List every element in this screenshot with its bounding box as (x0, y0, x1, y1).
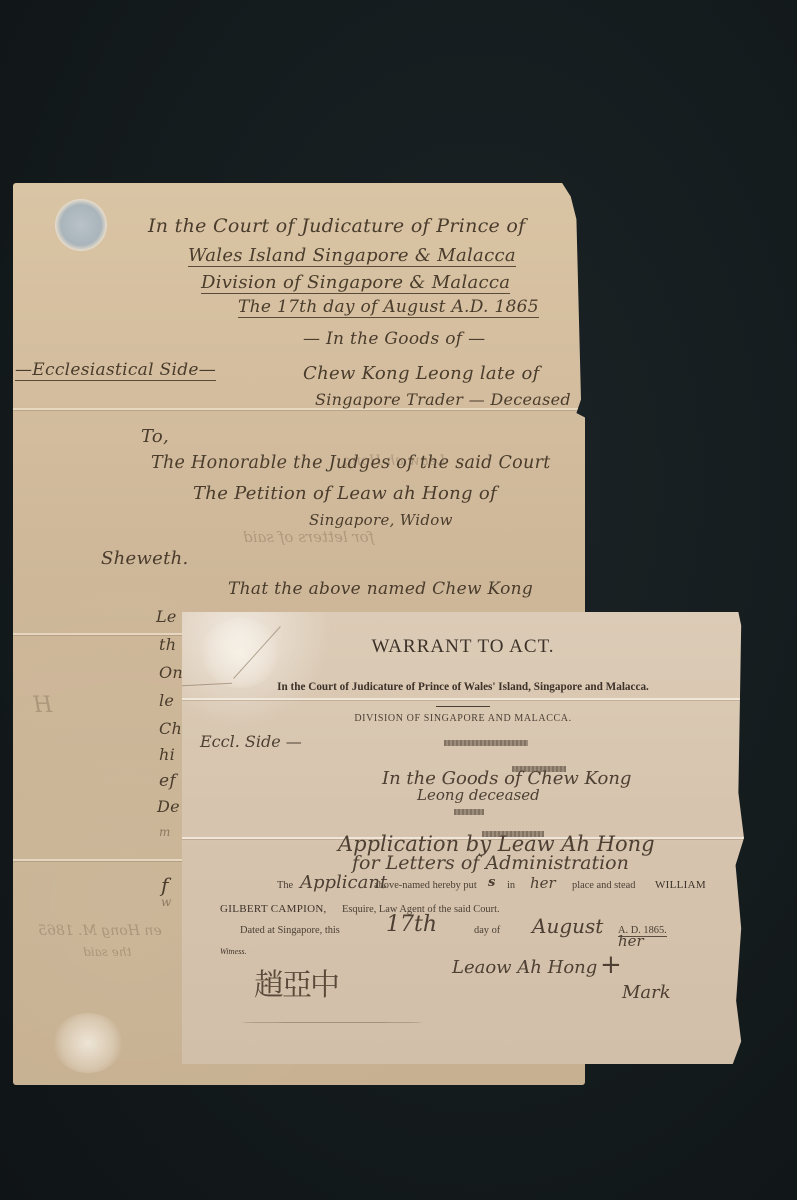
petition-deceased-line2: Singapore Trader — Deceased (315, 390, 571, 409)
petition-deceased-line1: Chew Kong Leong late of (303, 363, 540, 384)
petition-header-line2: Wales Island Singapore & Malacca (188, 245, 516, 267)
warrant-title: WARRANT TO ACT. (182, 636, 744, 658)
petition-side-label: —Ecclesiastical Side— (15, 360, 216, 381)
struck-out-in-the-cause-of (444, 740, 528, 746)
petition-petition-of: The Petition of Leaw ah Hong of (193, 483, 497, 504)
petition-fragment: w (161, 895, 172, 909)
paper-crease (242, 1022, 422, 1023)
bleed-through-text: the said (83, 945, 131, 959)
petition-fragment: f (161, 873, 169, 897)
petition-goods-of: — In the Goods of — (303, 329, 485, 349)
petition-fragment: De (157, 797, 180, 816)
petition-fragment: Le (156, 607, 177, 626)
petition-date-line: The 17th day of August A.D. 1865 (238, 297, 539, 318)
bleed-through-text: H (33, 693, 52, 718)
body-day-of: day of (474, 925, 500, 936)
body-place-and-stead: place and stead (572, 880, 635, 891)
warrant-to-act-document: WARRANT TO ACT. In the Court of Judicatu… (182, 612, 744, 1064)
petition-header-line1: In the Court of Judicature of Prince of (148, 215, 526, 237)
petition-fragment: Ch (159, 719, 182, 738)
petition-addressee: The Honorable the Judges of the said Cou… (151, 453, 551, 473)
petition-fragment: On (159, 663, 183, 682)
witness-label: Witness. (220, 947, 246, 956)
body-the: The (277, 880, 293, 891)
signature-name: Leaow Ah Hong (452, 957, 597, 978)
petition-fragment: le (159, 691, 174, 710)
petition-fragment: th (159, 635, 176, 654)
petition-sheweth: Sheweth. (101, 548, 189, 569)
signature-mark: Mark (622, 982, 671, 1003)
body-above-named: above-named hereby put (374, 880, 477, 891)
chinese-witness-signature: 趙亞中 (254, 960, 338, 1004)
wax-seal-mark (55, 199, 107, 251)
bleed-through-text: en Hong M. 1865 (38, 923, 162, 939)
petition-fragment: hi (159, 745, 175, 764)
ornament-rule (436, 706, 490, 707)
petition-to: To, (141, 426, 169, 447)
body-dated-at: Dated at Singapore, this (240, 925, 340, 936)
petition-petitioner-place: Singapore, Widow (309, 511, 453, 529)
paper-fold (182, 698, 744, 700)
body-puts-suffix: s (488, 875, 495, 890)
petition-fragment: ef (159, 771, 176, 791)
body-name-gilbert-campion: GILBERT CAMPION, (220, 903, 327, 915)
paper-stain (53, 1013, 123, 1073)
body-day-handwritten: 17th (386, 912, 437, 937)
petition-header-line3: Division of Singapore & Malacca (201, 272, 510, 294)
bleed-through-text: for letters of said (243, 528, 374, 546)
warrant-court-name: In the Court of Judicature of Prince of … (182, 681, 744, 693)
warrant-side-handwritten: Eccl. Side — (200, 732, 302, 751)
signature-her: her (618, 932, 644, 950)
body-pronoun-handwritten: her (530, 874, 556, 892)
warrant-goods-line2: Leong deceased (417, 786, 540, 804)
struck-out-mark (454, 809, 484, 815)
petition-body-start: That the above named Chew Kong (228, 579, 533, 599)
body-in: in (507, 880, 515, 891)
warrant-application-line2: for Letters of Administration (352, 852, 629, 874)
body-name-william: WILLIAM (655, 879, 706, 891)
warrant-division: DIVISION OF SINGAPORE AND MALACCA. (182, 713, 744, 724)
body-month-handwritten: August (532, 914, 603, 938)
petition-fragment: m (159, 825, 171, 839)
signature-mark-cross: + (600, 950, 622, 980)
